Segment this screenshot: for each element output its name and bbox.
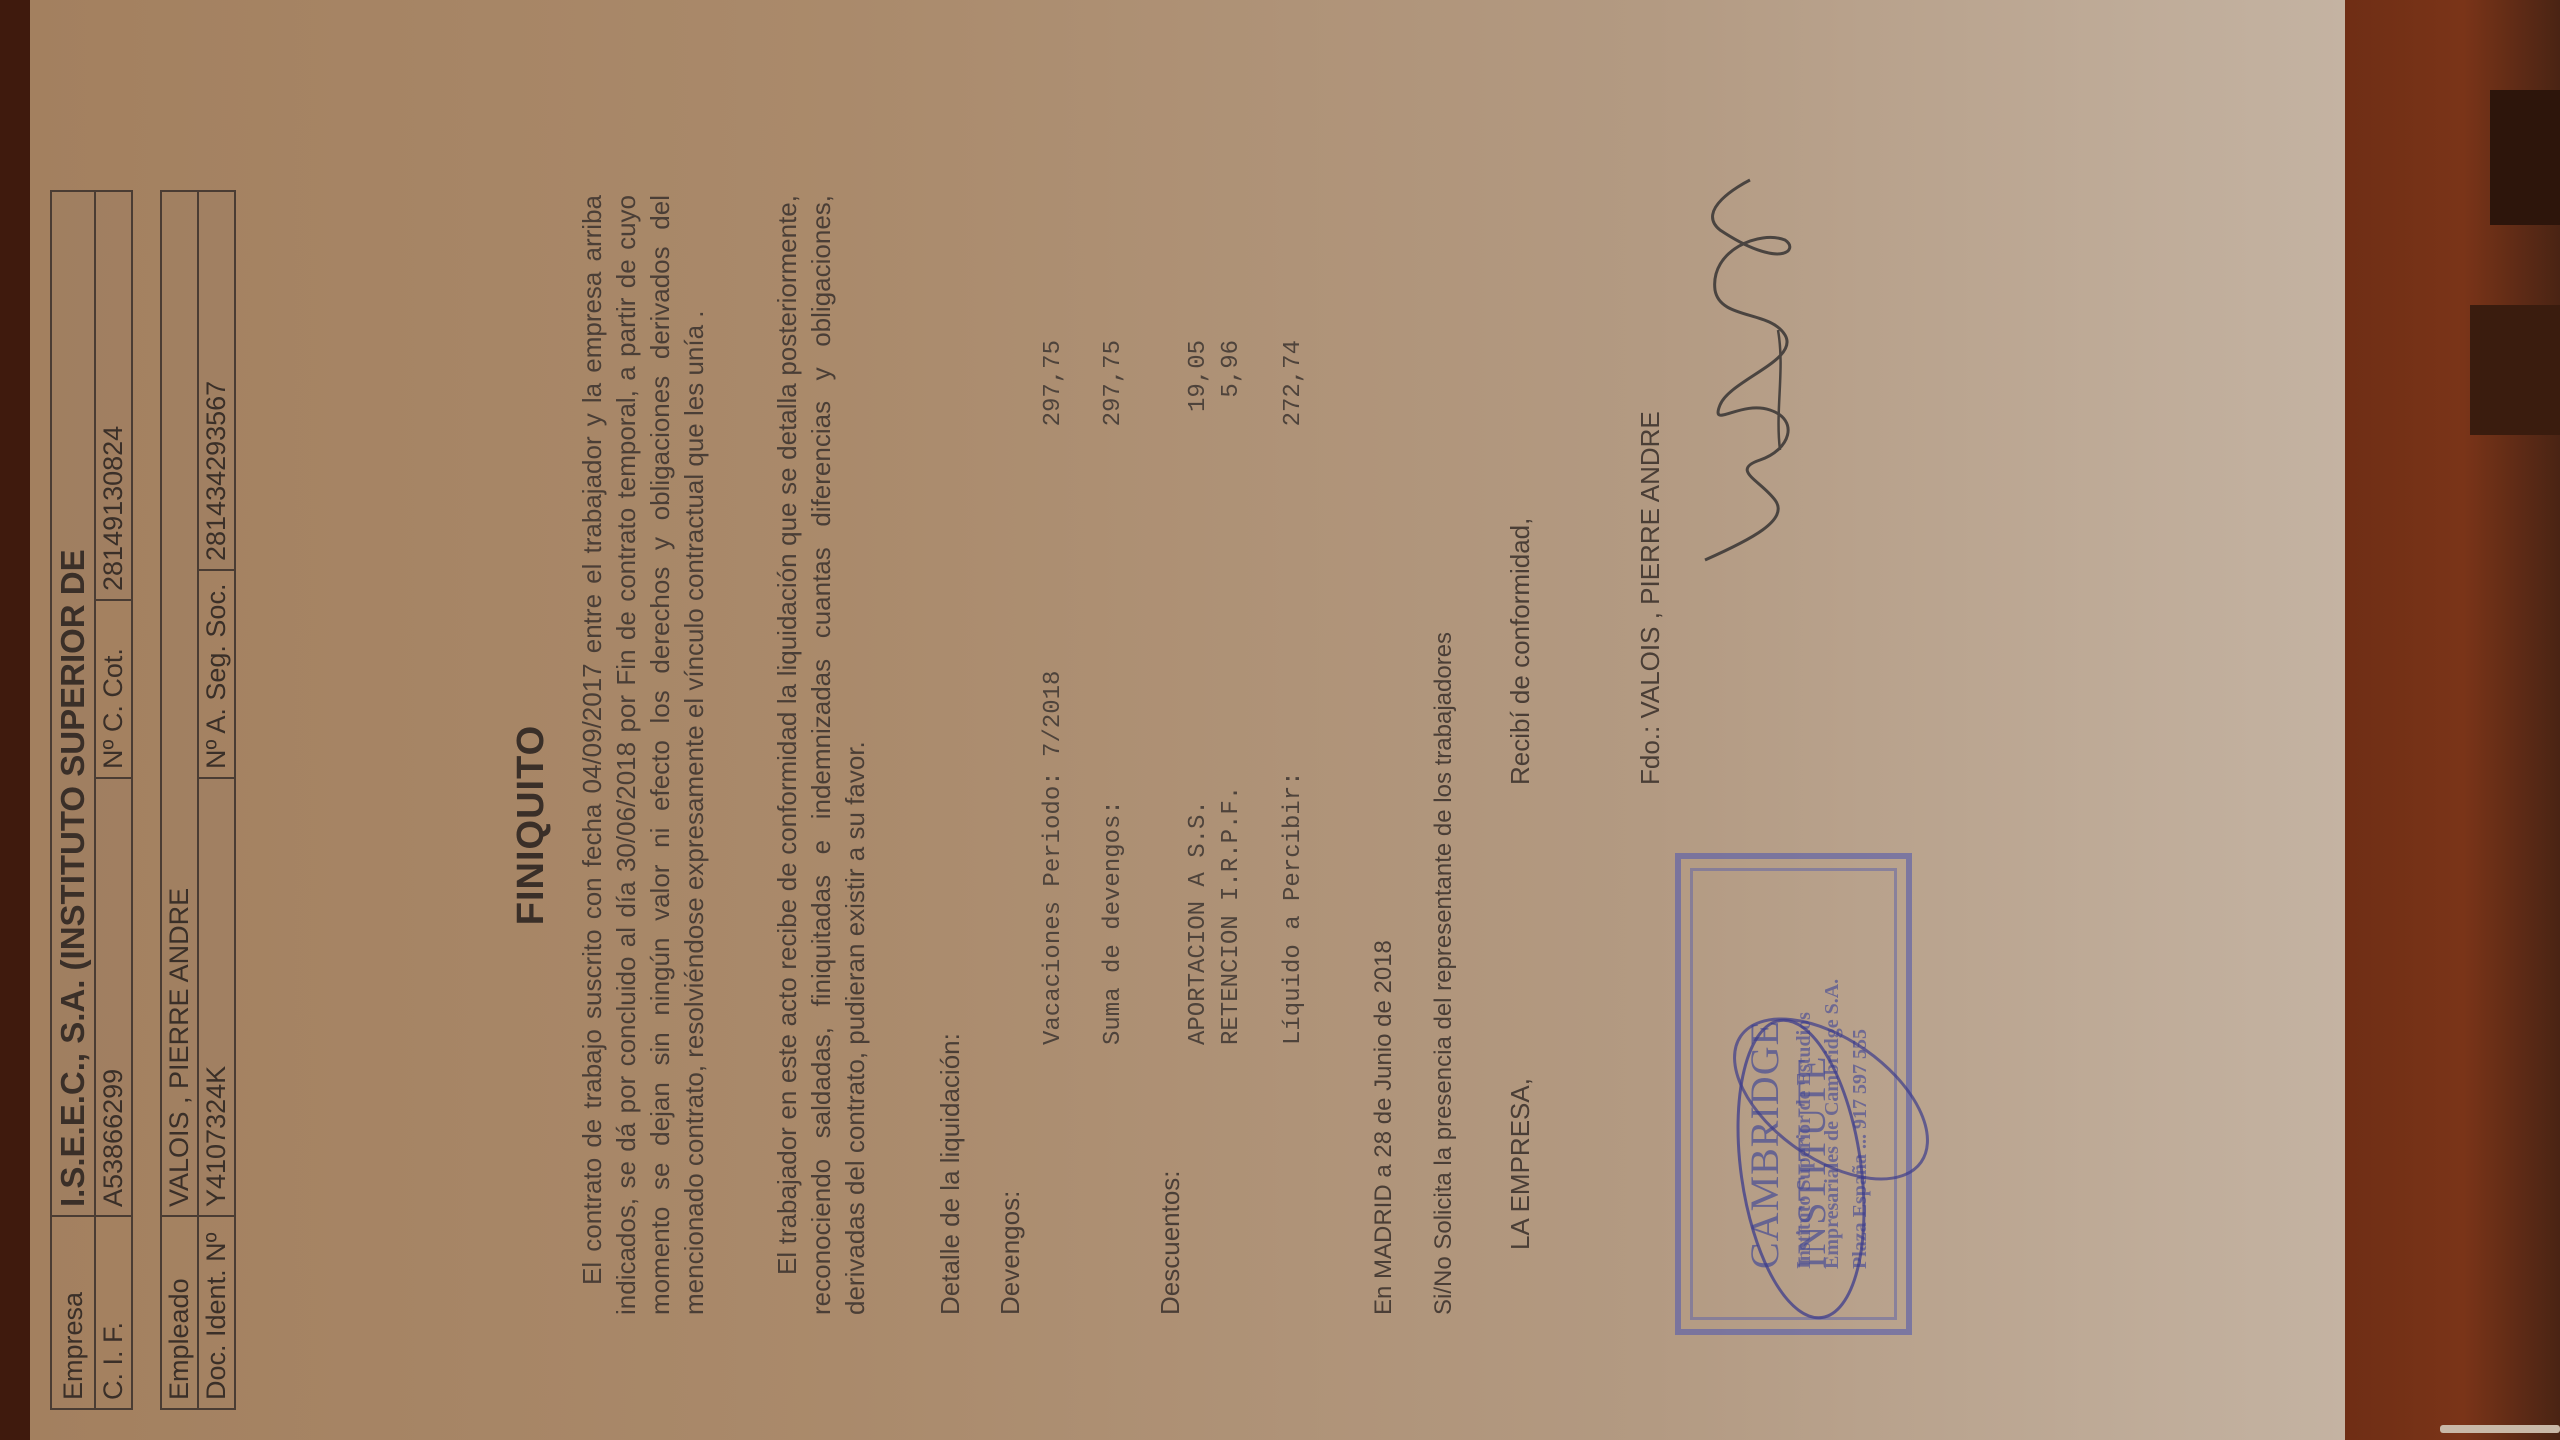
descuento-amount: 19,05 xyxy=(1185,340,1212,520)
cif-label: C. I. F. xyxy=(95,1216,132,1409)
liquidacion-heading: Detalle de la liquidación: xyxy=(935,1033,966,1315)
ncc-label: Nº C. Cot. xyxy=(95,600,132,778)
signed-by: Fdo.: VALOIS , PIERRE ANDRE xyxy=(1635,411,1666,785)
ncc-value: 28149130824 xyxy=(95,191,132,600)
employee-info-table: Empleado VALOIS , PIERRE ANDRE Doc. Iden… xyxy=(160,190,236,1410)
empresa-label: Empresa xyxy=(51,1216,95,1409)
descuentos-label: Descuentos: xyxy=(1155,1170,1186,1315)
paper-sheet: Empresa I.S.E.E.C., S.A. (INSTITUTO SUPE… xyxy=(30,0,2345,1440)
descuento-concept: RETENCION I.R.P.F. xyxy=(1218,786,1245,1045)
background-shadow xyxy=(2470,305,2560,435)
descuento-concept: APORTACION A S.S. xyxy=(1185,800,1212,1045)
table-surface-left xyxy=(0,0,30,1440)
nass-label: Nº A. Seg. Soc. xyxy=(198,570,235,778)
document-title: FINIQUITO xyxy=(510,210,553,1440)
cif-value: A53866299 xyxy=(95,778,132,1216)
devengo-amount: 297,75 xyxy=(1040,340,1067,520)
empleado-label: Empleado xyxy=(161,1216,198,1409)
place-date: En MADRID a 28 de Junio de 2018 xyxy=(1370,940,1398,1315)
devengo-concept: Vacaciones Periodo: 7/2018 xyxy=(1040,671,1067,1045)
stamp-scribble xyxy=(1661,929,1941,1349)
representative-note: Si/No Solicita la presencia del represen… xyxy=(1430,632,1458,1315)
empleado-value: VALOIS , PIERRE ANDRE xyxy=(161,191,198,1216)
suma-devengos-label: Suma de devengos: xyxy=(1100,800,1127,1045)
company-stamp: CAMBRIDGE INSTITUTE Instituto Superior d… xyxy=(1675,853,1912,1335)
employee-signature xyxy=(1690,170,1810,570)
devengos-label: Devengos: xyxy=(995,1191,1026,1315)
nass-value: 281434293567 xyxy=(198,191,235,570)
empresa-signature-label: LA EMPRESA, xyxy=(1505,1078,1536,1250)
finiquito-document: Empresa I.S.E.E.C., S.A. (INSTITUTO SUPE… xyxy=(30,0,2345,1440)
suma-devengos-value: 297,75 xyxy=(1100,340,1127,520)
company-info-table: Empresa I.S.E.E.C., S.A. (INSTITUTO SUPE… xyxy=(50,190,133,1410)
background-object xyxy=(2440,1425,2560,1433)
doc-ident-label: Doc. Ident. Nº xyxy=(198,1216,235,1409)
received-label: Recibí de conformidad, xyxy=(1505,518,1536,785)
conformity-paragraph: El trabajador en este acto recibe de con… xyxy=(770,195,872,1315)
background-shadow xyxy=(2490,90,2560,225)
empresa-value: I.S.E.E.C., S.A. (INSTITUTO SUPERIOR DE xyxy=(51,191,95,1216)
contract-paragraph: El contrato de trabajo suscrito con fech… xyxy=(575,195,711,1315)
doc-ident-value: Y4107324K xyxy=(198,778,235,1216)
liquido-label: Líquido a Percibir: xyxy=(1280,771,1307,1045)
descuento-amount: 5,96 xyxy=(1218,340,1245,520)
liquido-value: 272,74 xyxy=(1280,340,1307,520)
